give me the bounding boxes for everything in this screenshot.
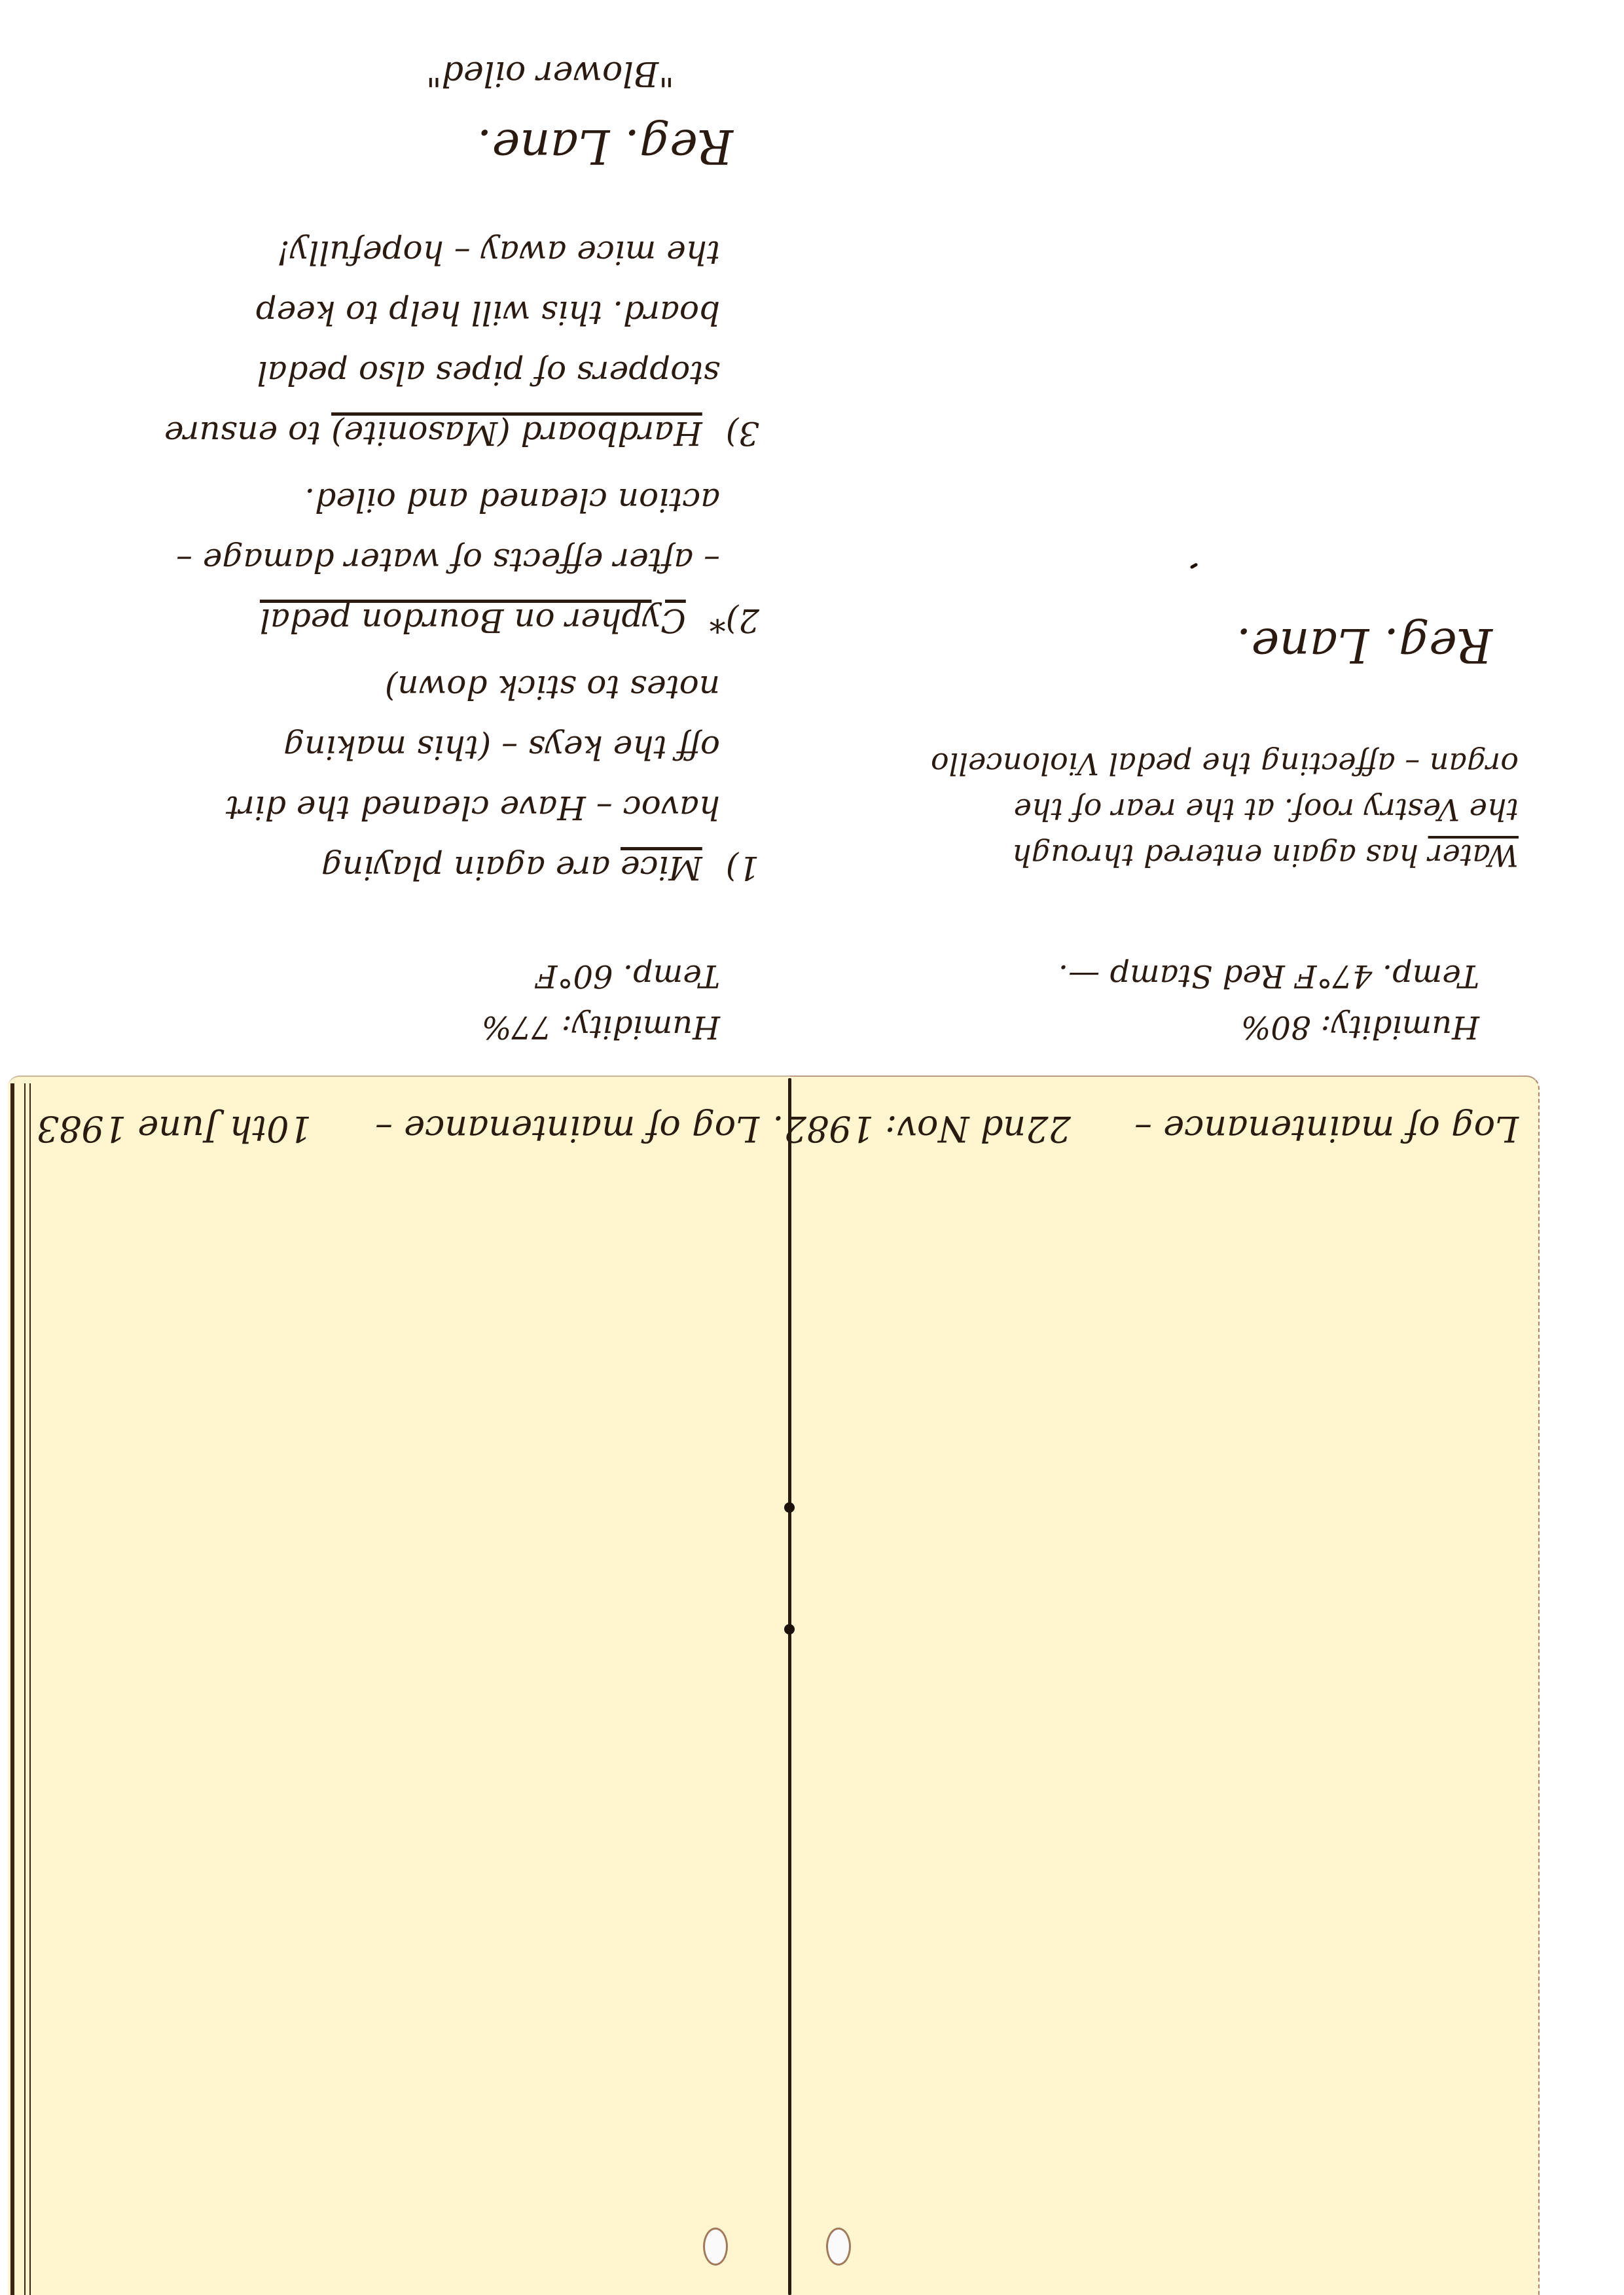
item-line: action cleaned and oiled. xyxy=(39,470,759,530)
item-number: 3) xyxy=(726,414,759,452)
item-number: 2)* xyxy=(710,602,759,640)
punch-hole-left xyxy=(703,2228,728,2266)
book-spine xyxy=(788,1078,791,2295)
item-line: havoc – Have cleaned the dirt xyxy=(39,778,759,838)
item-number: 1) xyxy=(726,849,759,887)
right-temperature: Temp. 47°F Red Stamp —. xyxy=(812,950,1479,1002)
right-humidity: Humidity: 80% xyxy=(812,1002,1479,1053)
log-item-3: 3) Hardboard (Masonite) to ensure stoppe… xyxy=(39,223,759,463)
page-stack-edge xyxy=(10,1083,36,2295)
item-title: Hardboard (Masonite) xyxy=(331,414,702,452)
water-note-line: organ – affecting the pedal Violoncello xyxy=(812,741,1519,787)
right-signature: Reg. Lane. xyxy=(812,615,1492,676)
left-page-text: Log of maintenance – 10th June 1983 Humi… xyxy=(39,52,759,1198)
left-heading: Log of maintenance – 10th June 1983 xyxy=(39,1098,759,1159)
item-title: Cypher on Bourdon pedal xyxy=(260,602,686,640)
punch-hole-right xyxy=(826,2228,851,2266)
item-line: to ensure xyxy=(164,414,321,452)
left-signature: Reg. Lane. xyxy=(39,117,733,177)
log-item-2: 2)* Cypher on Bourdon pedal – after effe… xyxy=(39,470,759,651)
left-temperature: Temp. 60°F xyxy=(39,950,720,1002)
item-line: board. this will help to keep xyxy=(39,283,759,343)
left-note: "Blower oiled" xyxy=(39,43,674,103)
right-heading-date: 22nd Nov: 1982. xyxy=(772,1108,1070,1149)
right-conditions: Humidity: 80% Temp. 47°F Red Stamp —. xyxy=(812,950,1479,1053)
water-note-line: has again entered through xyxy=(1012,838,1418,873)
left-page xyxy=(8,1075,790,2295)
right-heading: Log of maintenance – 22nd Nov: 1982. xyxy=(812,1098,1519,1159)
item-line: off the keys – (this making xyxy=(39,717,759,778)
item-title: Mice xyxy=(621,849,702,887)
staple-icon xyxy=(784,1624,795,1635)
water-note-line: the Vestry roof. at the rear of the xyxy=(812,787,1519,833)
right-heading-title: Log of maintenance – xyxy=(1134,1108,1519,1149)
staple-icon xyxy=(784,1502,795,1513)
item-line: – after effects of water damage – xyxy=(39,530,759,590)
right-page xyxy=(790,1075,1540,2295)
item-line: the mice away – hopefully! xyxy=(39,223,759,283)
left-conditions: Humidity: 77% Temp. 60°F xyxy=(39,950,720,1053)
left-heading-title: Log of maintenance – xyxy=(375,1108,759,1149)
open-logbook xyxy=(8,1075,1540,2295)
water-note: Water has again entered through the Vest… xyxy=(812,741,1519,878)
left-humidity: Humidity: 77% xyxy=(39,1002,720,1053)
item-line: stoppers of pipes also pedal xyxy=(39,343,759,403)
log-item-1: 1) Mice are again playing havoc – Have c… xyxy=(39,657,759,898)
left-heading-date: 10th June 1983 xyxy=(37,1108,312,1149)
water-note-title: Water xyxy=(1428,838,1519,873)
right-page-text: Log of maintenance – 22nd Nov: 1982. Hum… xyxy=(812,52,1519,1198)
item-line: notes to stick down) xyxy=(39,657,759,717)
item-line: are again playing xyxy=(321,849,610,887)
